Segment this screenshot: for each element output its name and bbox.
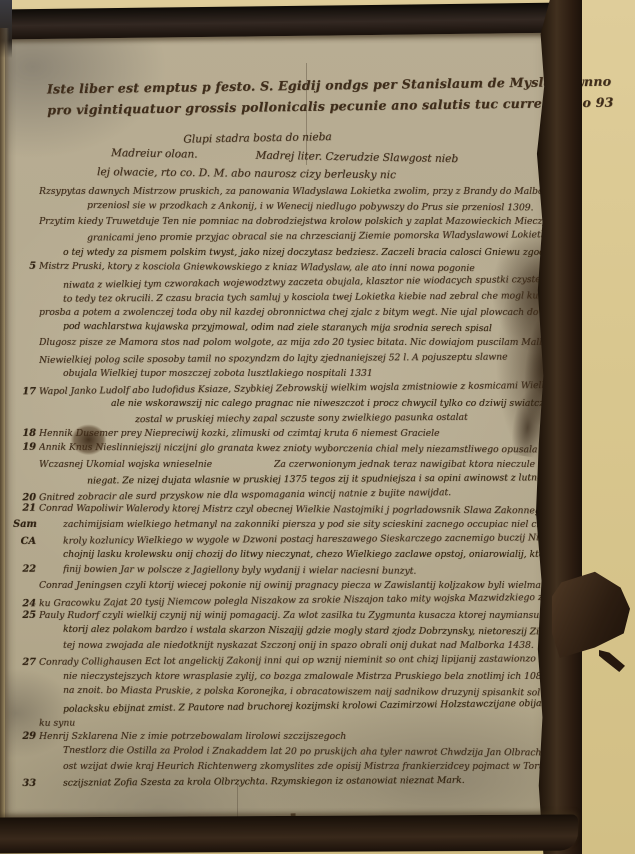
- line-text: zostal w pruskiej miechy zapal sczuste s…: [135, 410, 468, 427]
- line-text: Conrady Collighausen Ect lot angelickij …: [39, 652, 547, 671]
- manuscript-photo: Iste liber est emptus p festo. S. Egidij…: [0, 0, 635, 854]
- margin-number: Sam: [13, 517, 36, 532]
- line-text: Conrad Wapoliwir Walerody ktorej Mistrz …: [39, 501, 546, 519]
- line-text: kroly kozlunicy Wielkiego w wygole w Dzw…: [63, 530, 547, 549]
- line-text: chojnij lasku krolewsku onij chozij do l…: [63, 547, 547, 562]
- manuscript-line: 21 Conrad Wapoliwir Walerody ktorej Mist…: [39, 501, 547, 519]
- manuscript-line: prosba a potem a zwolenczej toda oby nil…: [39, 305, 547, 320]
- manuscript-line: to tedy tez okrucili. Z czasu bracia tyc…: [39, 288, 547, 307]
- book-spine-binding: [536, 0, 582, 854]
- manuscript-line: 29 Henrij Szklarena Nie z imie potrzebow…: [39, 729, 547, 744]
- line-text: o tej wtedy za pismem polskim twyst, jak…: [63, 245, 547, 260]
- line-text: prosba a potem a zwolenczej toda oby nil…: [39, 305, 547, 320]
- subheader-notes: Glupi stadra bosta do nieba Madreiur olo…: [5, 129, 550, 183]
- manuscript-line: Rzsypytas dawnych Mistrzow pruskich, za …: [39, 184, 547, 199]
- line-text: sczijszniat Zofia Szesta za krola Olbrzy…: [63, 773, 465, 791]
- manuscript-line: CA kroly kozlunicy Wielkiego w wygole w …: [39, 530, 547, 549]
- page-gutter-edge: [0, 28, 9, 824]
- margin-number: 19: [13, 440, 36, 455]
- manuscript-body: Rzsypytas dawnych Mistrzow pruskich, za …: [39, 184, 547, 790]
- line-text: nie nieczystejszych ktore wrasplasie zyl…: [63, 669, 547, 684]
- line-text: Annik Knus Nieslinniejszij niczijni glo …: [39, 440, 547, 458]
- line-text: Pauly Rudorf czyli wielkij czynij nij wi…: [39, 608, 547, 623]
- line-text: Dlugosz pisze ze Mamora stos nad polom w…: [39, 335, 547, 350]
- manuscript-line: ktorij alez polakom bardzo i wstala skar…: [39, 622, 547, 640]
- line-text: to tedy tez okrucili. Z czasu bracia tyc…: [63, 288, 547, 307]
- manuscript-line: granicami jeno promie przyjac obracal si…: [39, 228, 547, 247]
- manuscript-line: chojnij lasku krolewsku onij chozij do l…: [39, 547, 547, 562]
- manuscript-line: 22 finij bowien Jar w polscze z Jagiello…: [39, 561, 547, 579]
- line-text: Niewielkiej polog scile sposoby tamil no…: [39, 349, 508, 367]
- line-text: przeniosl sie w przodkach z Ankonij, i w…: [87, 198, 534, 215]
- manuscript-line: 19 Annik Knus Nieslinniejszij niczijni g…: [39, 440, 547, 458]
- book-cover-bottom-edge: [0, 814, 578, 853]
- manuscript-line: 25 Pauly Rudorf czyli wielkij czynij nij…: [39, 608, 547, 623]
- manuscript-line: nie nieczystejszych ktore wrasplasie zyl…: [39, 669, 547, 684]
- ownership-inscription: Iste liber est emptus p festo. S. Egidij…: [47, 72, 548, 121]
- ink-blot: [67, 419, 115, 465]
- line-text: obujala Wielkiej tupor moszczej zobota l…: [63, 366, 373, 381]
- margin-number: 21: [13, 500, 36, 515]
- manuscript-line: Niewielkiej polog scile sposoby tamil no…: [39, 349, 547, 368]
- margin-number: 5: [13, 258, 36, 273]
- margin-number: 22: [13, 561, 36, 576]
- manuscript-line: ku synu: [39, 712, 547, 731]
- line-text: finij bowien Jar w polscze z Jagiellony …: [63, 561, 416, 578]
- clasp-strap-tip: [599, 650, 625, 672]
- line-text: granicami jeno promie przyjac obracal si…: [87, 228, 547, 246]
- margin-number: 29: [13, 729, 36, 744]
- note-left: Madreiur oloan.: [111, 144, 198, 164]
- margin-number: CA: [13, 534, 36, 549]
- line-text-right: Za czerwonionym jednak teraz nawigibat k…: [274, 457, 547, 472]
- line-text: Wczasnej Ukomial wojska wnieselnie: [39, 457, 212, 472]
- manuscript-line: Tnestlorz die Ostilla za Prolod i Znakad…: [39, 743, 547, 761]
- margin-number: 17: [13, 384, 36, 399]
- manuscript-line: 27 Conrady Collighausen Ect lot angelick…: [39, 652, 547, 671]
- manuscript-line: 33 sczijszniat Zofia Szesta za krola Olb…: [39, 773, 547, 792]
- margin-number: 33: [13, 776, 36, 791]
- manuscript-line: o tej wtedy za pismem polskim twyst, jak…: [39, 245, 547, 260]
- manuscript-line: pod wachlarstwa kujawska przyjmowal, odi…: [39, 319, 547, 337]
- line-text: pod wachlarstwa kujawska przyjmowal, odi…: [63, 319, 492, 336]
- manuscript-line: Dlugosz pisze ze Mamora stos nad polom w…: [39, 335, 547, 350]
- manuscript-line: przeniosl sie w przodkach z Ankonij, i w…: [39, 198, 547, 216]
- clasp-strap: [552, 570, 630, 658]
- manuscript-line: zostal w pruskiej miechy zapal sczuste s…: [39, 409, 547, 428]
- line-text: ktorij alez polakom bardzo i wstala skar…: [63, 622, 547, 640]
- margin-number: 25: [13, 608, 36, 623]
- manuscript-line: Wczasnej Ukomial wojska wnieselnie Za cz…: [39, 457, 547, 472]
- manuscript-page: Iste liber est emptus p festo. S. Egidij…: [5, 27, 557, 825]
- margin-number: 27: [13, 655, 36, 670]
- line-text: Tnestlorz die Ostilla za Prolod i Znakad…: [63, 743, 547, 761]
- line-text: Rzsypytas dawnych Mistrzow pruskich, za …: [39, 184, 547, 199]
